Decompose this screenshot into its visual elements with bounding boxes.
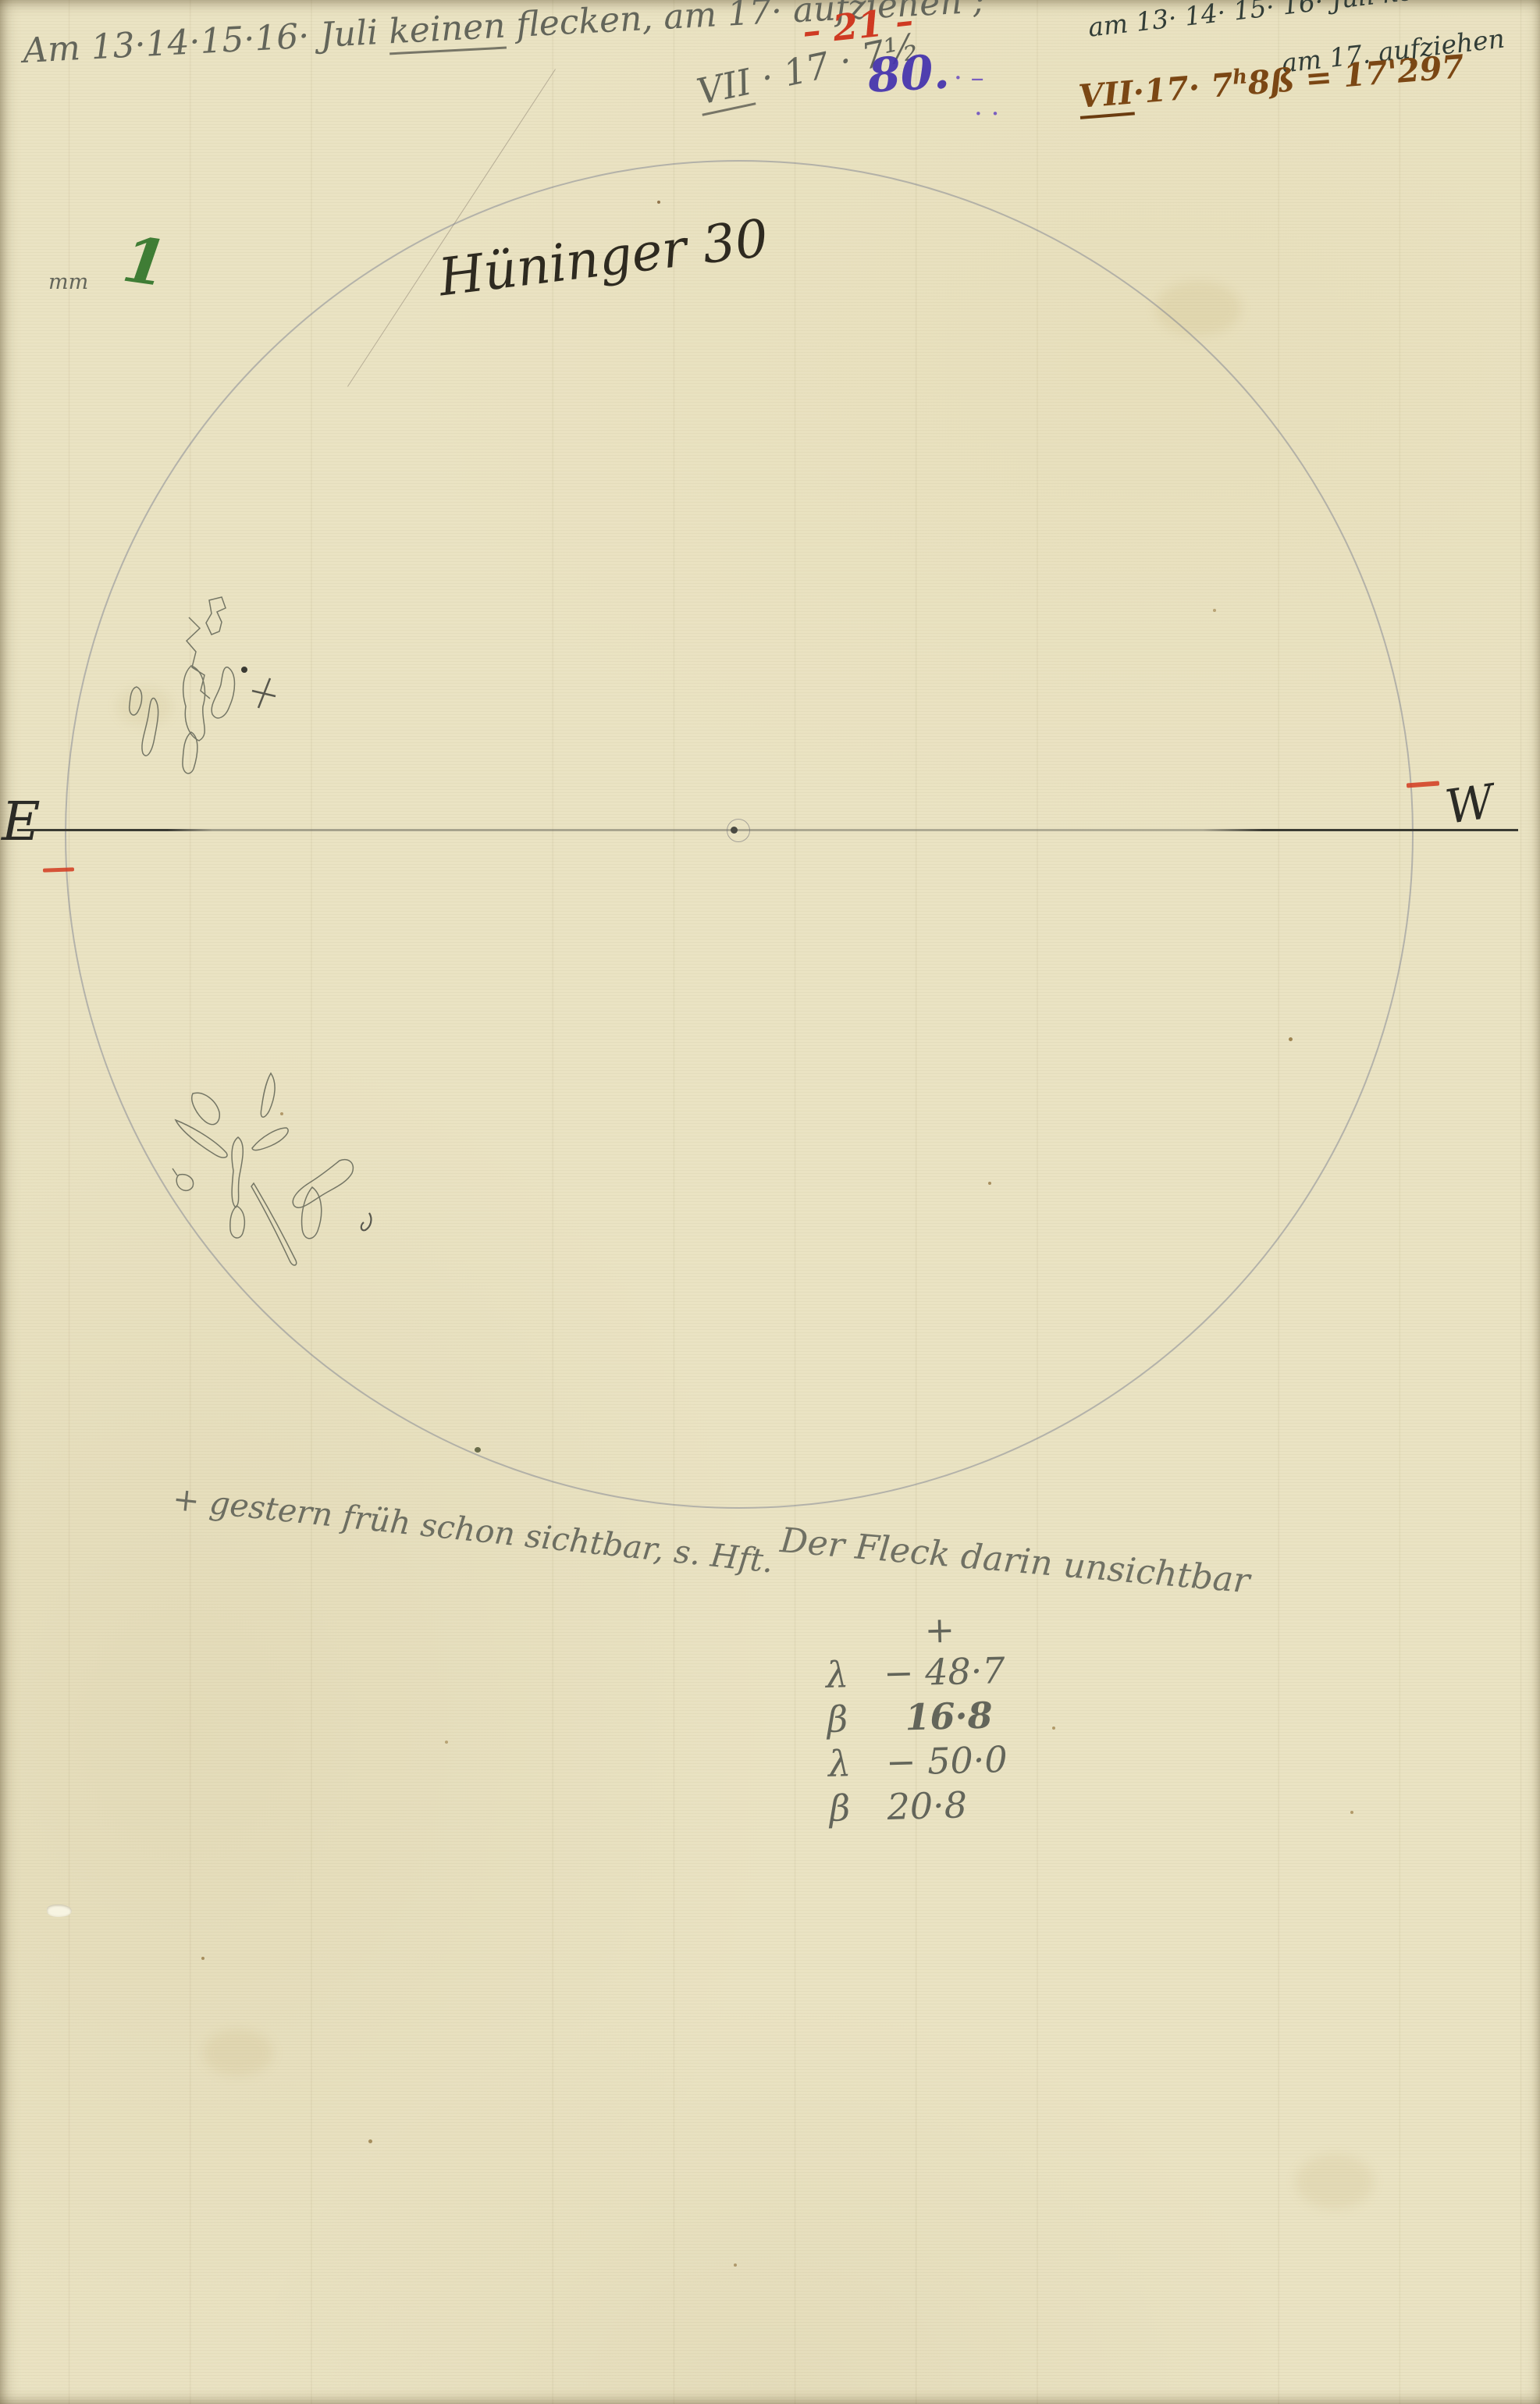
paper-speck: [1350, 1811, 1353, 1814]
sunspot-outline: [261, 1073, 275, 1117]
paper-speck: [201, 1957, 205, 1960]
disk-center-dot: [731, 827, 738, 834]
sunspot-outline: [130, 687, 142, 715]
measurement-row: λ− 48·7: [825, 1648, 1005, 1698]
measurement-plus-mark: +: [824, 1608, 1005, 1653]
sunspot-outline: [302, 1187, 322, 1239]
sunspot-outline: [187, 617, 210, 699]
measurement-symbol: β: [829, 1785, 887, 1831]
paper-stain: [1296, 2154, 1374, 2209]
measurement-row: λ− 50·0: [827, 1737, 1008, 1787]
paper-chip: [47, 1904, 72, 1917]
small-spot-mark: [361, 1213, 372, 1230]
measurement-symbol: λ: [827, 1741, 886, 1787]
ink-dots: · ·: [974, 98, 999, 130]
sunspot-outline: [252, 1128, 288, 1150]
sunspot-outline: [232, 1137, 243, 1207]
paper-stain: [203, 2029, 273, 2076]
measurement-value: − 50·0: [885, 1737, 1008, 1785]
paper-speck: [368, 2139, 372, 2143]
measurement-symbol: λ: [825, 1652, 884, 1698]
sunspot-outline: [142, 699, 158, 756]
west-label: W: [1442, 774, 1497, 835]
ink-dots: · –: [954, 62, 984, 94]
sunspot-group-upper-sketch: [117, 581, 281, 792]
sunspot-outline: [172, 1168, 194, 1190]
brown-note-roman: VII: [1077, 73, 1135, 119]
measurement-row: β16·8: [827, 1693, 1007, 1742]
cross-mark: [252, 678, 276, 708]
sunspot-dark-dot: [241, 667, 247, 673]
sunspot-outline: [293, 1160, 353, 1208]
mm-label: mm: [48, 270, 88, 294]
sunspot-outline: [183, 666, 205, 741]
sunspot-outline: [206, 597, 226, 635]
east-label: E: [2, 791, 41, 853]
paper-speck: [734, 2264, 737, 2267]
sunspot-outline: [251, 1183, 297, 1265]
equator-line: [17, 829, 1518, 831]
pencil-note-underlined-word: keinen: [388, 6, 507, 55]
sunspot-outline: [192, 1093, 220, 1124]
paper-speck: [1052, 1727, 1055, 1730]
sunspot-outline: [176, 1120, 227, 1158]
faint-dot: [280, 1112, 283, 1115]
brown-note-mid: ·17· 7: [1132, 66, 1235, 111]
paper-speck: [445, 1741, 448, 1744]
sunspot-outline: [230, 1206, 245, 1238]
measurement-row: β20·8: [829, 1782, 1009, 1831]
measurements-block: + λ− 48·7 β16·8 λ− 50·0 β20·8: [824, 1608, 1009, 1831]
sunspot-group-lower-sketch: [144, 1065, 402, 1303]
measurement-value: − 48·7: [883, 1648, 1005, 1696]
sunspot-outline: [212, 667, 234, 718]
measurement-value: 16·8: [884, 1693, 993, 1741]
stamp-number: 80.: [866, 44, 951, 103]
measurement-value: 20·8: [887, 1783, 968, 1830]
measurement-symbol: β: [827, 1696, 885, 1742]
